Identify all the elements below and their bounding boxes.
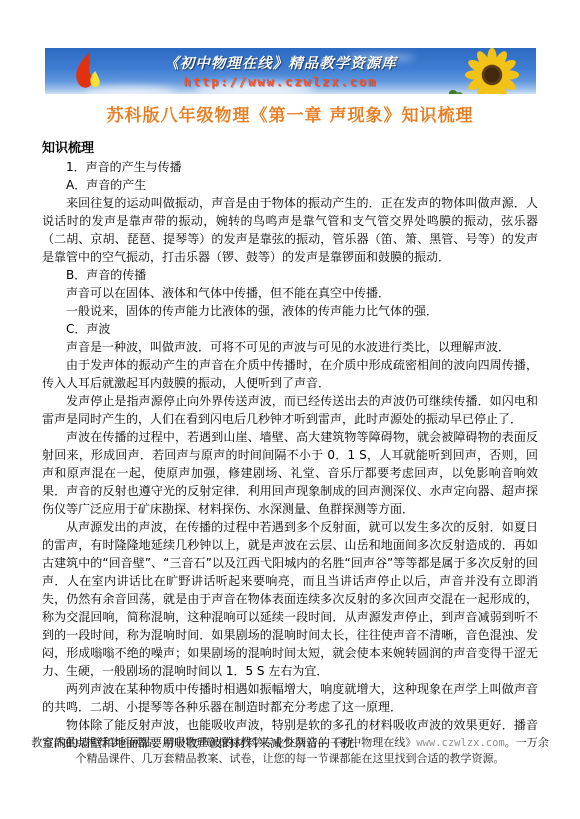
paragraph: 发声停止是指声源停止向外界传送声波，而已经传送出去的声波仍可继续传播．如闪电和雷…: [42, 392, 538, 428]
paragraph: 声波在传播的过程中，若遇到山崖、墙壁、高大建筑物等障碍物，就会被障碍物的表面反射…: [42, 428, 538, 518]
paragraph: 由于发声体的振动产生的声音在介质中传播时，在介质中形成疏密相间的波向四周传播，传…: [42, 356, 538, 392]
page-title: 苏科版八年级物理《第一章 声现象》知识梳理: [0, 101, 580, 126]
document-content: 1．声音的产生与传播A．声音的产生来回往复的运动叫做振动，声音是由于物体的振动产…: [42, 158, 538, 752]
footer-text-before: 教育部重点推荐学科网站、初中物理新课标教学专业性网站—《初中物理在线》: [31, 736, 416, 749]
site-banner: 《初中物理在线》精品教学资源库 http://www.czwlzx.com: [45, 48, 536, 94]
banner-site-name: 《初中物理在线》精品教学资源库: [115, 52, 446, 73]
paragraph: 1．声音的产生与传播: [42, 158, 538, 176]
paragraph: B．声音的传播: [42, 266, 538, 284]
page-footer: 教育部重点推荐学科网站、初中物理新课标教学专业性网站—《初中物理在线》www.c…: [30, 735, 550, 766]
banner-text-block: 《初中物理在线》精品教学资源库 http://www.czwlzx.com: [115, 52, 446, 89]
paragraph: 来回往复的运动叫做振动，声音是由于物体的振动产生的．正在发声的物体叫做声源．人说…: [42, 194, 538, 266]
paragraph: C．声波: [42, 320, 538, 338]
grass-icon: [448, 83, 464, 94]
section-heading: 知识梳理: [42, 137, 94, 156]
paragraph: 一般说来，固体的传声能力比液体的强，液体的传声能力比气体的强．: [42, 302, 538, 320]
flame-logo-icon: [67, 51, 105, 93]
paragraph: 声音可以在固体、液体和气体中传播，但不能在真空中传播．: [42, 284, 538, 302]
footer-site-url[interactable]: www.czwlzx.com: [416, 737, 505, 749]
sunflower-icon: [464, 48, 520, 94]
paragraph: 声音是一种波，叫做声波．可将不可见的声波与可见的水波进行类比，以理解声波．: [42, 338, 538, 356]
banner-site-url[interactable]: http://www.czwlzx.com: [115, 75, 446, 89]
paragraph: 两列声波在某种物质中传播时相遇如振幅增大，响度就增大，这种现象在声学上叫做声音的…: [42, 680, 538, 716]
paragraph: 从声源发出的声波，在传播的过程中若遇到多个反射面，就可以发生多次的反射．如夏日的…: [42, 518, 538, 680]
paragraph: A．声音的产生: [42, 176, 538, 194]
document-page: 《初中物理在线》精品教学资源库 http://www.czwlzx.com: [0, 0, 580, 819]
